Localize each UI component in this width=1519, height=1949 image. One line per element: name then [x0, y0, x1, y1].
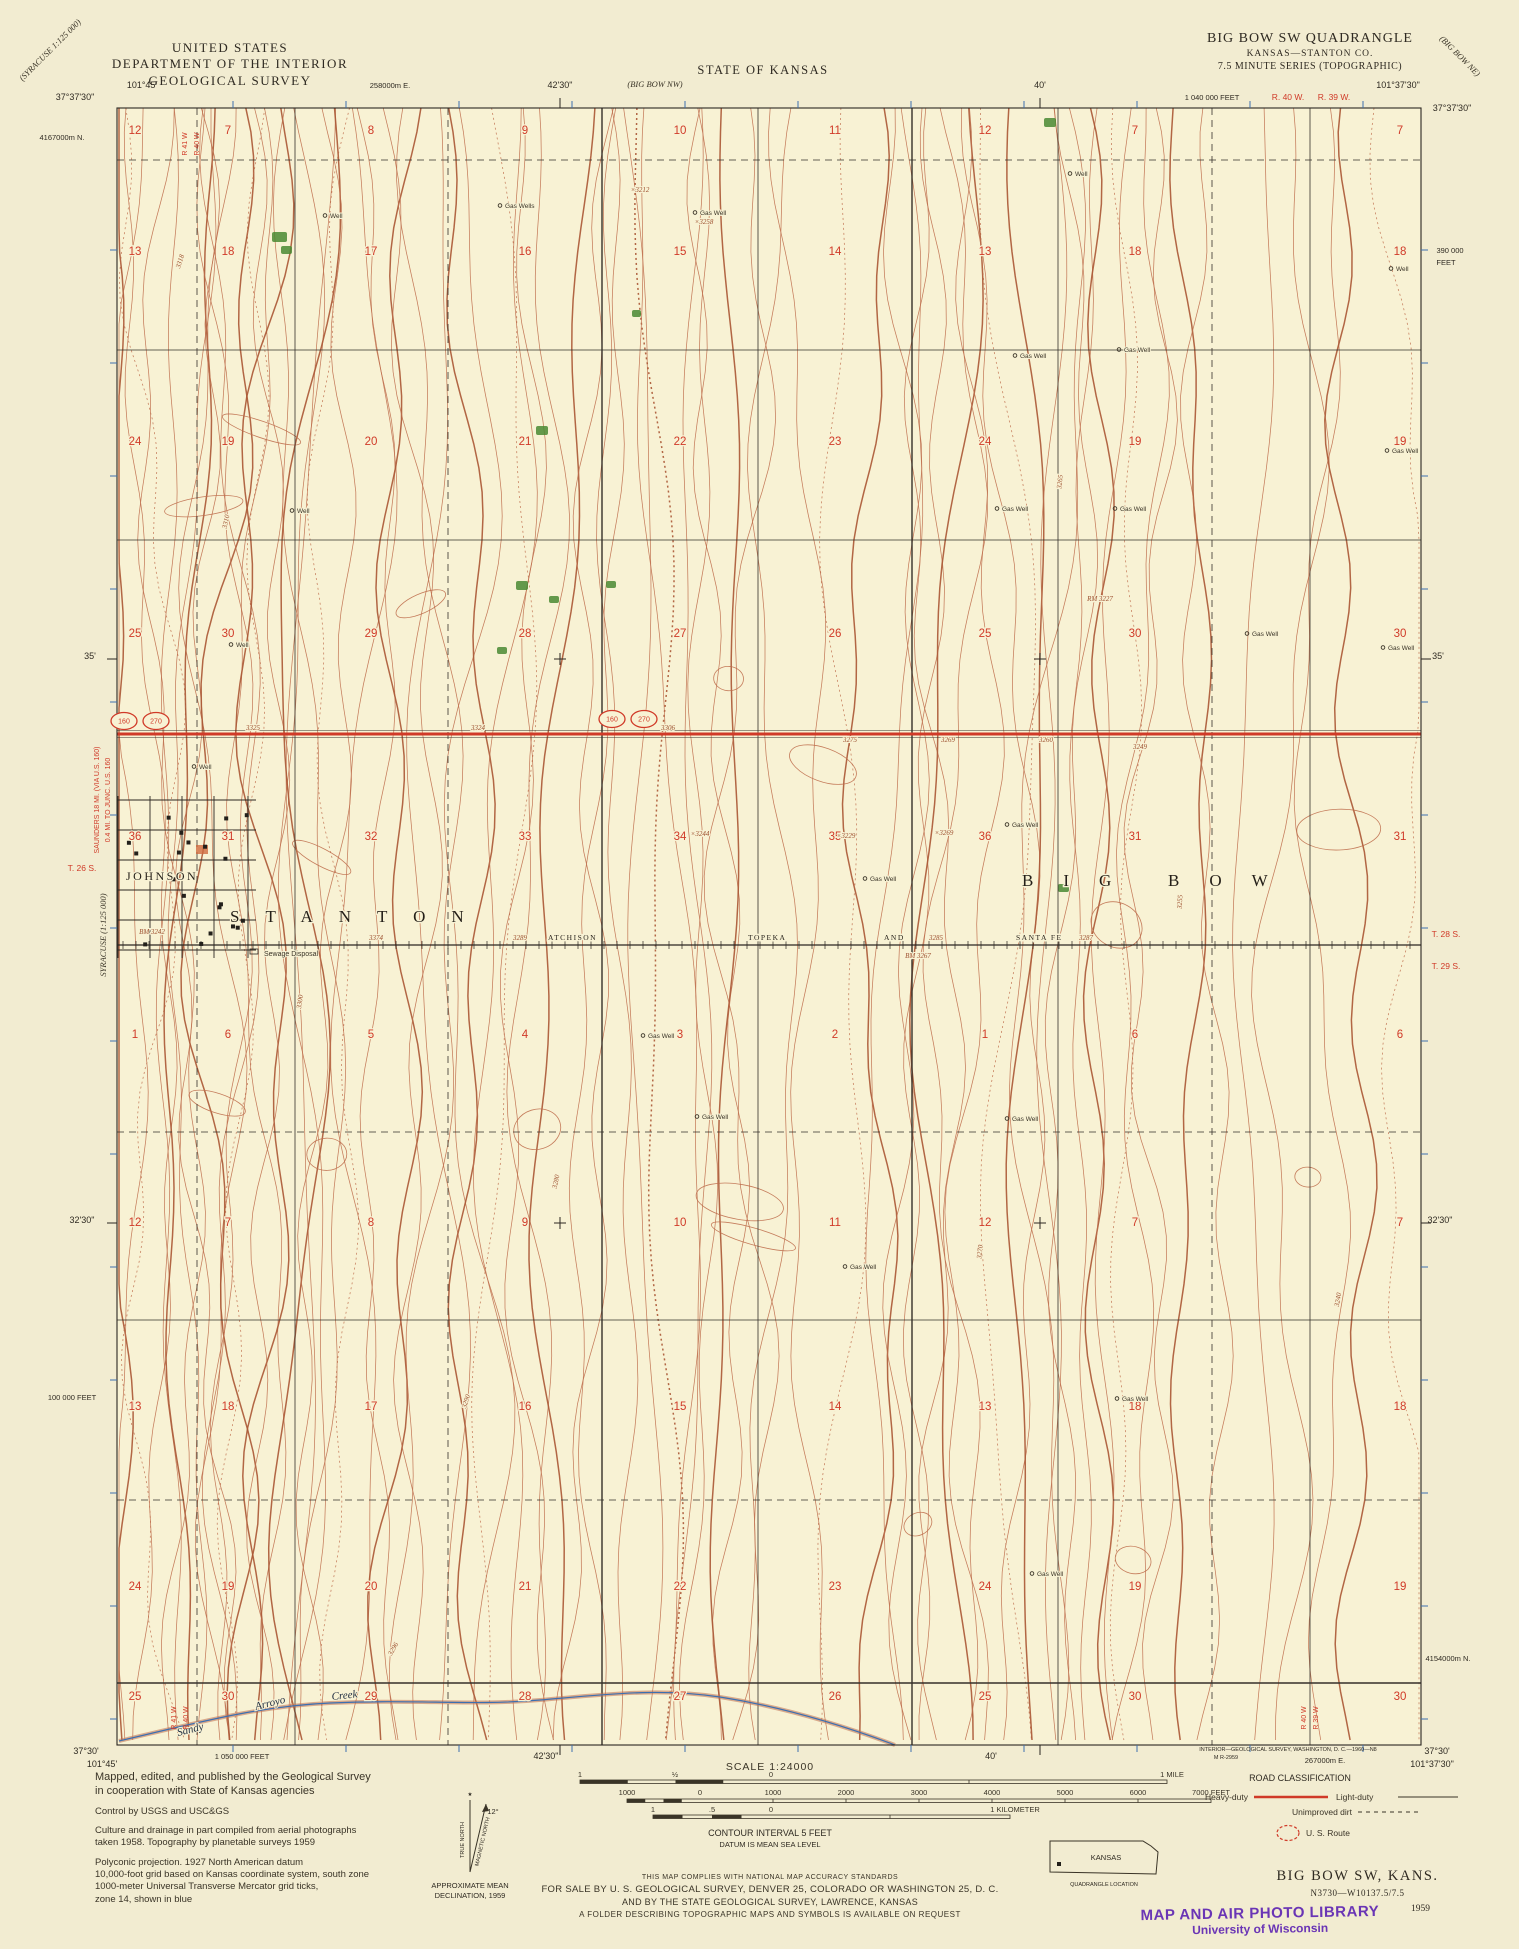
margin-label: (BIG BOW NW) — [627, 79, 682, 89]
margin-label: 40' — [985, 1751, 997, 1761]
well-label: Gas Well — [1252, 631, 1279, 638]
elevation-label: ×3269 — [935, 829, 954, 837]
place-name: STANTON — [230, 907, 490, 926]
margin-label: 40' — [1034, 80, 1046, 90]
elevation-label: 3270 — [975, 1244, 985, 1260]
section-number: 18 — [222, 1401, 235, 1413]
building — [167, 816, 171, 820]
section-number: 12 — [129, 125, 142, 137]
us-route-number: 270 — [150, 719, 162, 726]
section-number: 32 — [365, 831, 378, 843]
section-number: 6 — [1397, 1029, 1403, 1041]
well-label: Gas Well — [1392, 448, 1419, 455]
well-label: Well — [236, 642, 249, 649]
scale-feet-label: 1000 — [765, 1788, 782, 1797]
well-label: Well — [199, 764, 212, 771]
section-number: 11 — [829, 125, 841, 137]
scale-feet-label: 3000 — [911, 1788, 928, 1797]
agency-title: UNITED STATES DEPARTMENT OF THE INTERIOR… — [95, 40, 365, 89]
section-number: 25 — [129, 628, 142, 640]
agency-line3: GEOLOGICAL SURVEY — [95, 73, 365, 89]
section-number: 12 — [979, 125, 992, 137]
elevation-label: ×3244 — [691, 830, 710, 838]
elevation-label: 3249 — [1132, 743, 1148, 751]
section-number: 20 — [365, 1581, 378, 1593]
section-number: 17 — [365, 1401, 378, 1413]
section-number: 21 — [519, 436, 532, 448]
section-number: 7 — [1132, 125, 1138, 137]
section-number: 5 — [368, 1029, 374, 1041]
section-number: 30 — [1394, 1691, 1407, 1703]
us-route-number: 160 — [118, 719, 130, 726]
scale-feet-label: 4000 — [984, 1788, 1001, 1797]
margin-label: 1 040 000 FEET — [1185, 93, 1240, 102]
elevation-label: 3289 — [512, 934, 528, 942]
margin-label: R 40 W — [183, 1706, 190, 1730]
building — [223, 857, 227, 861]
scale-feet-label: 2000 — [838, 1788, 855, 1797]
sale-line: FOR SALE BY U. S. GEOLOGICAL SURVEY, DEN… — [440, 1884, 1100, 1895]
scale-km-label: .5 — [709, 1805, 715, 1814]
place-name: TOPEKA — [748, 933, 786, 942]
section-number: 24 — [129, 1581, 142, 1593]
well-label: Gas Well — [1388, 645, 1415, 652]
scale-km-label: 1 KILOMETER — [990, 1805, 1040, 1814]
well-label: Well — [1075, 171, 1088, 178]
woodland-patch — [281, 246, 292, 254]
section-number: 6 — [225, 1029, 231, 1041]
elevation-label: 3269 — [940, 736, 956, 744]
light-duty-label: Light-duty — [1336, 1792, 1374, 1802]
section-number: 19 — [1394, 436, 1407, 448]
section-number: 7 — [225, 125, 231, 137]
scale-mile-label: 1 — [578, 1770, 582, 1779]
section-number: 27 — [674, 628, 687, 640]
section-number: 22 — [674, 1581, 687, 1593]
section-number: 33 — [519, 831, 532, 843]
margin-label: 42'30" — [548, 80, 573, 90]
margin-label: 37°37'30" — [56, 92, 95, 102]
woodland-patch — [516, 581, 528, 590]
section-number: 22 — [674, 436, 687, 448]
margin-label: R 40 W — [194, 132, 201, 156]
scale-feet-label: 5000 — [1057, 1788, 1074, 1797]
section-number: 19 — [1129, 1581, 1142, 1593]
section-number: 7 — [225, 1217, 231, 1229]
section-number: 29 — [365, 1691, 378, 1703]
margin-label: 37°30' — [1424, 1746, 1450, 1756]
section-number: 11 — [829, 1217, 841, 1229]
topo-map-canvas: 1278910111277131817161514131818241920212… — [0, 0, 1519, 1949]
section-number: 19 — [1129, 436, 1142, 448]
scale-bar-feet-seg — [627, 1799, 645, 1803]
quad-county: KANSAS—STANTON CO. — [1160, 49, 1460, 59]
margin-label: 267000m E. — [1305, 1756, 1345, 1765]
quad-name: BIG BOW SW QUADRANGLE — [1160, 31, 1460, 47]
elevation-label: ×3212 — [631, 186, 650, 194]
margin-label: 32'30" — [70, 1215, 95, 1225]
section-number: 25 — [979, 1691, 992, 1703]
section-number: 23 — [829, 436, 842, 448]
woodland-patch — [606, 581, 616, 588]
margin-label: 101°37'30" — [1376, 80, 1420, 90]
credits-block: Mapped, edited, and published by the Geo… — [95, 1770, 455, 1913]
section-number: 31 — [1394, 831, 1407, 843]
section-number: 30 — [222, 628, 235, 640]
margin-label: 37°30' — [73, 1746, 99, 1756]
scale-feet-label: 1000 — [619, 1788, 636, 1797]
section-number: 19 — [1394, 1581, 1407, 1593]
scale-mile-label: 0 — [769, 1770, 773, 1779]
section-number: 30 — [1129, 1691, 1142, 1703]
building — [199, 942, 203, 946]
place-name: BOW — [1168, 871, 1298, 890]
well-label: Gas Well — [850, 1264, 877, 1271]
margin-label: SAUNDERS 18 MI. (VIA U.S. 160) — [94, 747, 101, 854]
scale-mile-label: ½ — [672, 1770, 679, 1779]
elevation-label: BM 3267 — [905, 952, 931, 960]
us-route-number: 160 — [606, 717, 618, 724]
section-number: 16 — [519, 246, 532, 258]
well-label: Gas Well — [702, 1114, 729, 1121]
datum-note: DATUM IS MEAN SEA LEVEL — [719, 1840, 820, 1849]
accuracy-note: THIS MAP COMPLIES WITH NATIONAL MAP ACCU… — [440, 1874, 1100, 1881]
margin-label: M R-2959 — [1214, 1755, 1238, 1761]
credit-line: Polyconic projection. 1927 North America… — [95, 1857, 303, 1868]
elevation-label: 3325 — [245, 724, 261, 732]
section-number: 18 — [1129, 246, 1142, 258]
well-label: Well — [297, 508, 310, 515]
building — [224, 816, 228, 820]
section-number: 7 — [1397, 1217, 1403, 1229]
credit-line: 10,000-foot grid based on Kansas coordin… — [95, 1869, 369, 1880]
place-name: SANTA FE — [1016, 933, 1063, 942]
margin-label: 35' — [84, 651, 96, 661]
section-number: 3 — [677, 1029, 683, 1041]
well-label: Gas Well — [1124, 347, 1151, 354]
quadrangle-dot — [1057, 1862, 1061, 1866]
library-stamp: MAP AND AIR PHOTO LIBRARY University of … — [1095, 1902, 1425, 1939]
true-north-label: TRUE NORTH — [460, 1822, 466, 1858]
elevation-label: RM 3227 — [1086, 595, 1113, 603]
section-number: 16 — [519, 1401, 532, 1413]
well-label: Gas Well — [1122, 1396, 1149, 1403]
building — [203, 845, 207, 849]
margin-label: 1 050 000 FEET — [215, 1752, 270, 1761]
section-number: 8 — [368, 125, 374, 137]
section-number: 19 — [222, 436, 235, 448]
section-number: 30 — [1394, 628, 1407, 640]
section-number: 18 — [222, 246, 235, 258]
scale-feet-label: 0 — [698, 1788, 702, 1797]
place-name: BIG — [1022, 871, 1141, 890]
woodland-patch — [272, 232, 287, 242]
woodland-patch — [497, 647, 507, 654]
well-label: Gas Well — [648, 1033, 675, 1040]
scale-bar-km-seg — [712, 1815, 742, 1819]
scale-bar-feet-seg — [664, 1799, 682, 1803]
section-number: 19 — [222, 1581, 235, 1593]
elevation-label: 3374 — [368, 934, 384, 942]
elevation-label: 3265 — [1055, 474, 1065, 490]
margin-label: T. 26 S. — [68, 863, 97, 873]
scale-feet-label: 6000 — [1130, 1788, 1147, 1797]
elevation-label: ×3229 — [837, 832, 856, 840]
margin-label: 258000m E. — [370, 81, 410, 90]
margin-label: 100 000 FEET — [48, 1393, 97, 1402]
margin-label: 4167000m N. — [39, 133, 84, 142]
well-label: Gas Well — [1037, 1571, 1064, 1578]
section-number: 27 — [674, 1691, 687, 1703]
margin-label: INTERIOR—GEOLOGICAL SURVEY, WASHINGTON, … — [1199, 1747, 1376, 1753]
sale-line: AND BY THE STATE GEOLOGICAL SURVEY, LAWR… — [440, 1897, 1100, 1907]
section-number: 26 — [829, 1691, 842, 1703]
well-label: Gas Well — [1012, 1116, 1039, 1123]
credit-line: 1000-meter Universal Transverse Mercator… — [95, 1881, 318, 1892]
section-number: 13 — [129, 1401, 142, 1413]
margin-label: R. 40 W. — [1272, 92, 1305, 102]
well-label: Gas Wells — [505, 203, 535, 210]
woodland-patch — [632, 310, 641, 317]
well-label: Gas Well — [870, 876, 897, 883]
section-number: 31 — [1129, 831, 1142, 843]
credit-line: in cooperation with State of Kansas agen… — [95, 1785, 315, 1797]
margin-label: 390 000 — [1436, 246, 1463, 255]
section-number: 9 — [522, 1217, 528, 1229]
place-name: JOHNSON — [126, 869, 198, 883]
woodland-patch — [549, 596, 559, 603]
building — [143, 942, 147, 946]
section-number: 12 — [129, 1217, 142, 1229]
section-number: 18 — [1394, 1401, 1407, 1413]
well-label: Well — [330, 213, 343, 220]
building — [134, 851, 138, 855]
margin-label: 35' — [1432, 651, 1444, 661]
section-number: 28 — [519, 628, 532, 640]
margin-label: 101°45' — [87, 1759, 118, 1769]
agency-line1: UNITED STATES — [95, 40, 365, 56]
building — [186, 840, 190, 844]
scale-mile-label: 1 MILE — [1160, 1770, 1184, 1779]
margin-label: R 41 W — [182, 132, 189, 156]
section-number: 25 — [979, 628, 992, 640]
credit-line: Control by USGS and USC&GS — [95, 1806, 229, 1817]
us-route-label: U. S. Route — [1306, 1828, 1350, 1838]
kansas-label: KANSAS — [1091, 1853, 1121, 1862]
publication-name: BIG BOW SW, KANS. — [1245, 1868, 1470, 1885]
elevation-label: 3324 — [470, 724, 486, 732]
section-number: 30 — [1129, 628, 1142, 640]
section-number: 9 — [522, 125, 528, 137]
section-number: 15 — [674, 246, 687, 258]
building — [177, 851, 181, 855]
quadrangle-title: BIG BOW SW QUADRANGLE KANSAS—STANTON CO.… — [1160, 31, 1460, 72]
elevation-label: 3306 — [660, 724, 676, 732]
margin-label: FEET — [1436, 258, 1456, 267]
place-name: ATCHISON — [548, 933, 597, 942]
building — [179, 831, 183, 835]
scale-bar-mile-seg — [580, 1780, 628, 1784]
woodland-patch — [1044, 118, 1056, 127]
building — [236, 926, 240, 930]
section-number: 7 — [1132, 1217, 1138, 1229]
section-number: 13 — [979, 1401, 992, 1413]
credit-line: zone 14, shown in blue — [95, 1894, 192, 1905]
place-name: Sewage Disposal — [264, 951, 319, 958]
well-label: Gas Well — [1012, 822, 1039, 829]
margin-label: T. 28 S. — [1432, 929, 1461, 939]
section-number: 15 — [674, 1401, 687, 1413]
section-number: 2 — [832, 1029, 838, 1041]
publication-code: N3730—W10137.5/7.5 — [1245, 1888, 1470, 1898]
woodland-patch — [536, 426, 548, 435]
section-number: 6 — [1132, 1029, 1138, 1041]
background-layer — [0, 0, 1519, 1949]
margin-label: 0.4 MI. TO JUNC. U.S. 160 — [105, 758, 112, 843]
section-number: 24 — [979, 436, 992, 448]
well-label: Gas Well — [1002, 506, 1029, 513]
margin-label: 101°37'30" — [1410, 1759, 1454, 1769]
margin-label: T. 29 S. — [1432, 961, 1461, 971]
credit-line: Mapped, edited, and published by the Geo… — [95, 1771, 371, 1783]
margin-label: 37°37'30" — [1433, 103, 1472, 113]
section-number: 1 — [132, 1029, 138, 1041]
section-number: 1 — [982, 1029, 988, 1041]
section-number: 29 — [365, 628, 378, 640]
well-label: Gas Well — [1020, 353, 1047, 360]
section-number: 24 — [979, 1581, 992, 1593]
scale-bar-mile-seg — [676, 1780, 724, 1784]
well-label: Well — [1396, 266, 1409, 273]
elevation-label: 3285 — [928, 934, 944, 942]
margin-label: 42'30" — [534, 1751, 559, 1761]
section-number: 25 — [129, 1691, 142, 1703]
map-sheet: 1278910111277131817161514131818241920212… — [0, 0, 1519, 1949]
section-number: 34 — [674, 831, 687, 843]
credit-line: Culture and drainage in part compiled fr… — [95, 1825, 356, 1836]
section-number: 17 — [365, 246, 378, 258]
section-number: 10 — [674, 1217, 687, 1229]
declination-angle: 12° — [487, 1807, 498, 1816]
quad-series: 7.5 MINUTE SERIES (TOPOGRAPHIC) — [1160, 61, 1460, 72]
state-title: STATE OF KANSAS — [663, 63, 863, 78]
section-number: 7 — [1397, 125, 1403, 137]
credit-line: taken 1958. Topography by planetable sur… — [95, 1837, 315, 1848]
elevation-label: 3287 — [1078, 934, 1094, 942]
margin-label: R 40 W — [1301, 1706, 1308, 1730]
section-number: 31 — [222, 831, 235, 843]
section-number: 20 — [365, 436, 378, 448]
section-number: 18 — [1394, 246, 1407, 258]
well-label: Gas Well — [700, 210, 727, 217]
section-number: 28 — [519, 1691, 532, 1703]
section-number: 13 — [129, 246, 142, 258]
map-background — [117, 108, 1421, 1745]
us-route-number: 270 — [638, 717, 650, 724]
section-number: 36 — [129, 831, 142, 843]
road-classification-title: ROAD CLASSIFICATION — [1249, 1773, 1351, 1783]
section-number: 30 — [222, 1691, 235, 1703]
margin-label: R. 39 W. — [1318, 92, 1351, 102]
elevation-label: ×3258 — [695, 218, 714, 226]
building — [209, 931, 213, 935]
section-number: 14 — [829, 246, 842, 258]
building — [245, 813, 249, 817]
contour-interval-note: CONTOUR INTERVAL 5 FEET — [708, 1828, 832, 1838]
margin-label: R 41 W — [171, 1706, 178, 1730]
section-number: 14 — [829, 1401, 842, 1413]
elevation-label: 3255 — [1175, 894, 1184, 910]
section-number: 21 — [519, 1581, 532, 1593]
sale-block: THIS MAP COMPLIES WITH NATIONAL MAP ACCU… — [440, 1874, 1100, 1919]
agency-line2: DEPARTMENT OF THE INTERIOR — [95, 56, 365, 72]
section-number: 23 — [829, 1581, 842, 1593]
margin-label: 4154000m N. — [1425, 1654, 1470, 1663]
heavy-duty-label: Heavy-duty — [1205, 1792, 1249, 1802]
section-number: 13 — [979, 246, 992, 258]
scale-km-label: 0 — [769, 1805, 773, 1814]
margin-label: 32'30" — [1428, 1215, 1453, 1225]
building — [217, 905, 221, 909]
section-number: 8 — [368, 1217, 374, 1229]
margin-label: SYRACUSE (1:125 000) — [98, 893, 108, 976]
section-number: 26 — [829, 628, 842, 640]
true-north-star: ★ — [468, 1791, 473, 1798]
margin-label: R 39 W — [1313, 1706, 1320, 1730]
unimproved-dirt-label: Unimproved dirt — [1292, 1807, 1353, 1817]
section-number: 10 — [674, 125, 687, 137]
section-number: 36 — [979, 831, 992, 843]
place-name: AND — [884, 933, 905, 942]
scale-km-label: 1 — [651, 1805, 655, 1814]
building — [182, 894, 186, 898]
elevation-label: 3275 — [842, 736, 858, 744]
well-label: Gas Well — [1120, 506, 1147, 513]
section-number: 24 — [129, 436, 142, 448]
elevation-label: 3260 — [1038, 736, 1054, 744]
section-number: 12 — [979, 1217, 992, 1229]
folder-note: A FOLDER DESCRIBING TOPOGRAPHIC MAPS AND… — [440, 1910, 1100, 1919]
section-number: 4 — [522, 1029, 529, 1041]
scale-bar-km-seg — [653, 1815, 683, 1819]
elevation-label: BM 3242 — [139, 928, 165, 936]
